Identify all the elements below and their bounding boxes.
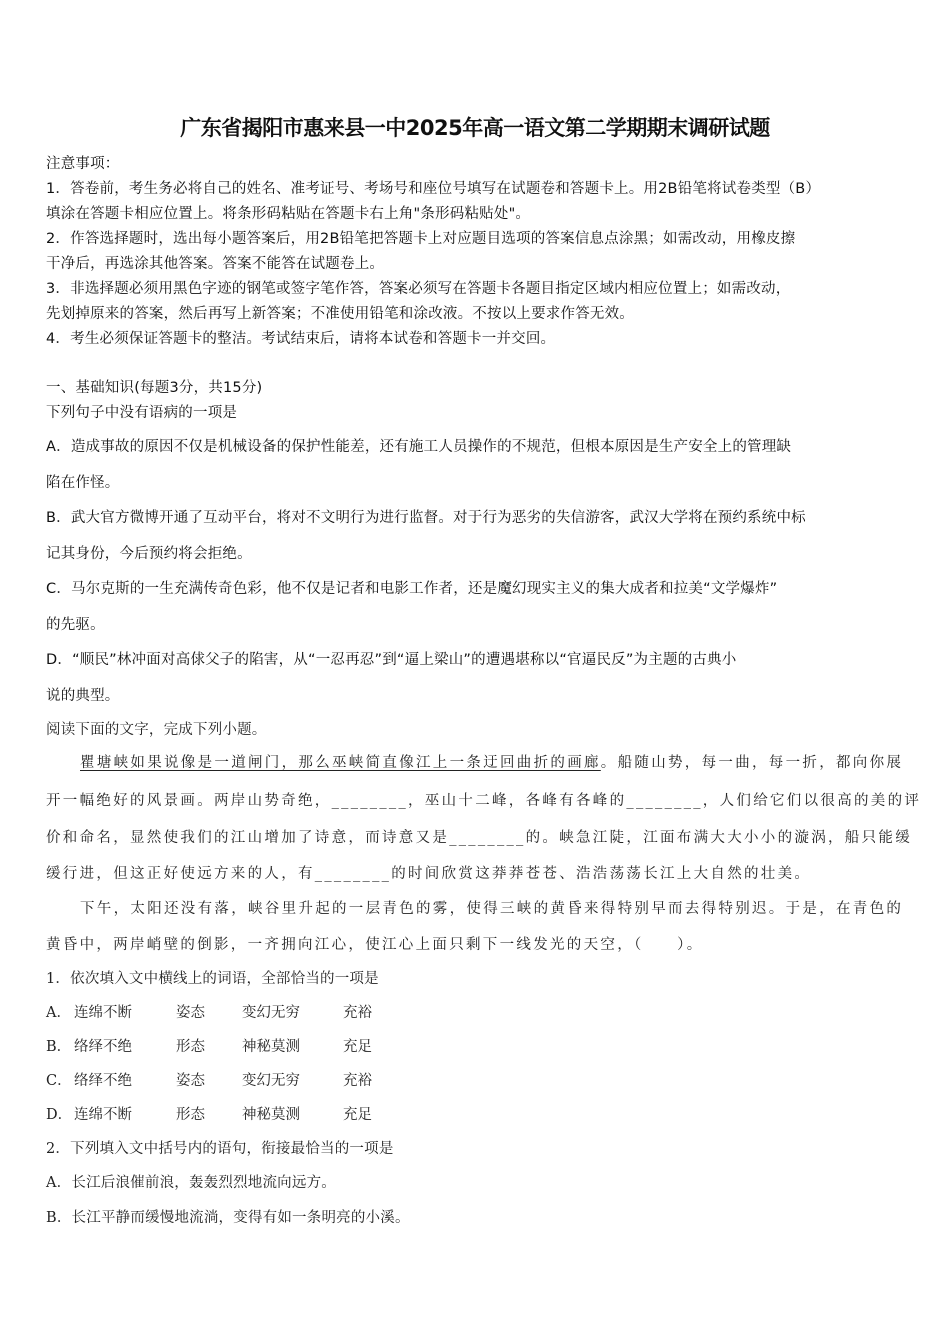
notice-line: 先划掉原来的答案，然后再写上新答案；不准使用铅笔和涂改液。不按以上要求作答无效。	[46, 302, 634, 323]
exam-page: 广东省揭阳市惠来县一中2025年高一语文第二学期期末调研试题 注意事项： 1．答…	[0, 0, 950, 1344]
passage-p1-line3: 价和命名，显然使我们的江山增加了诗意，而诗意又是________的。峡急江陡，江…	[46, 826, 912, 847]
section-heading: 一、基础知识(每题3分，共15分)	[46, 376, 262, 397]
underlined-sentence: 瞿塘峡如果说像是一道闸门，那么巫峡简直像江上一条迂回曲折的画廊	[80, 755, 601, 771]
passage-p1-line2: 开一幅绝好的风景画。两岸山势奇绝，________，巫山十二峰，各峰有各峰的__…	[46, 789, 921, 810]
passage-p1-line4: 缓行进，但这正好使远方来的人，有________的时间欣赏这莽莽苍苍、浩浩荡荡长…	[46, 862, 811, 883]
notice-heading: 注意事项：	[46, 152, 120, 173]
notice-line: 2．作答选择题时，选出每小题答案后，用2B铅笔把答题卡上对应题目选项的答案信息点…	[46, 227, 795, 248]
reading-instruction: 阅读下面的文字，完成下列小题。	[46, 718, 267, 739]
option-b-line2: 记其身份，今后预约将会拒绝。	[46, 542, 252, 563]
option-c-line1: C．马尔克斯的一生充满传奇色彩，他不仅是记者和电影工作者，还是魔幻现实主义的集大…	[46, 577, 777, 598]
option-b-line1: B．武大官方微博开通了互动平台，将对不文明行为进行监督。对于行为恶劣的失信游客，…	[46, 506, 806, 527]
notice-line: 1．答卷前，考生务必将自己的姓名、准考证号、考场号和座位号填写在试题卷和答题卡上…	[46, 177, 820, 198]
notice-line: 干净后，再选涂其他答案。答案不能答在试题卷上。	[46, 252, 384, 273]
notice-line: 3．非选择题必须用黑色字迹的钢笔或签字笔作答，答案必须写在答题卡各题目指定区域内…	[46, 277, 790, 298]
q1-stem: 1．依次填入文中横线上的词语，全部恰当的一项是	[46, 967, 379, 988]
option-d-line1: D．“顺民”林冲面对高俅父子的陷害，从“一忍再忍”到“逼上梁山”的遭遇堪称以“官…	[46, 648, 736, 669]
option-a-line1: A．造成事故的原因不仅是机械设备的保护性能差，还有施工人员操作的不规范，但根本原…	[46, 435, 791, 456]
option-c-line2: 的先驱。	[46, 613, 105, 634]
question-stem: 下列句子中没有语病的一项是	[46, 401, 237, 422]
passage-p1-line1: 瞿塘峡如果说像是一道闸门，那么巫峡简直像江上一条迂回曲折的画廊。船随山势，每一曲…	[80, 751, 903, 772]
q2-option-a: A．长江后浪催前浪，轰轰烈烈地流向远方。	[46, 1171, 336, 1192]
passage-p2-line1: 下午，太阳还没有落，峡谷里升起的一层青色的雾，使得三峡的黄昏来得特别早而去得特别…	[80, 897, 903, 918]
passage-p2-line2: 黄昏中，两岸峭壁的倒影，一齐拥向江心，使江心上面只剩下一线发光的天空，（ ）。	[46, 933, 704, 954]
q2-option-b: B．长江平静而缓慢地流淌，变得有如一条明亮的小溪。	[46, 1206, 410, 1227]
option-d-line2: 说的典型。	[46, 684, 120, 705]
option-a-line2: 陷在作怪。	[46, 471, 120, 492]
notice-line: 4．考生必须保证答题卡的整洁。考试结束后，请将本试卷和答题卡一并交回。	[46, 327, 555, 348]
q2-stem: 2．下列填入文中括号内的语句，衔接最恰当的一项是	[46, 1137, 394, 1158]
notice-line: 填涂在答题卡相应位置上。将条形码粘贴在答题卡右上角"条形码粘贴处"。	[46, 202, 530, 223]
page-title: 广东省揭阳市惠来县一中2025年高一语文第二学期期末调研试题	[0, 112, 950, 142]
